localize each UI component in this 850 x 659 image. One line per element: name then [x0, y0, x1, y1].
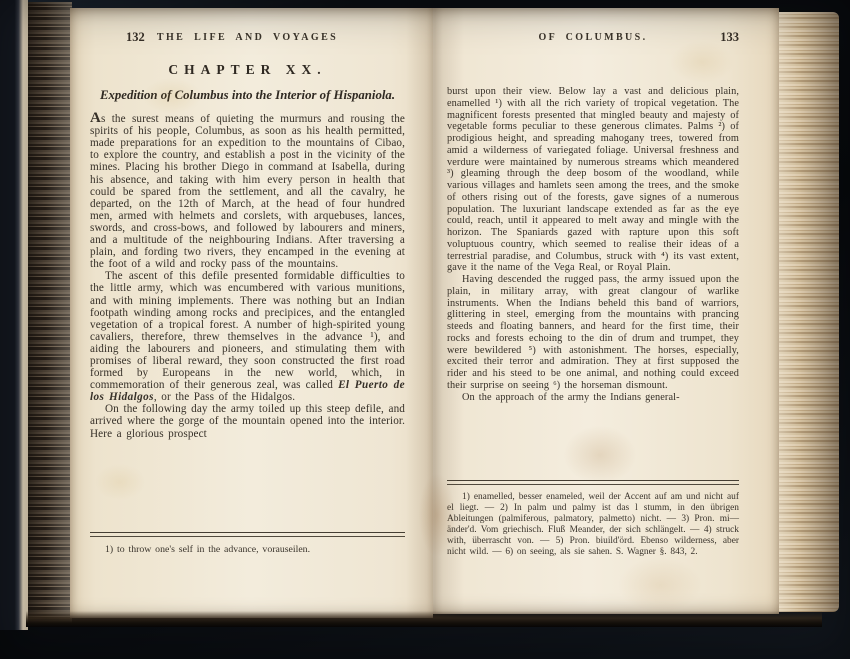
left-footnote-block: 1) to throw one's self in the advance, v… [90, 532, 405, 555]
left-paragraph-3: On the following day the army toiled up … [90, 403, 405, 439]
right-paragraph-3: On the approach of the army the Indians … [447, 392, 739, 404]
chapter-heading: CHAPTER XX. [90, 62, 405, 78]
chapter-subtitle: Expedition of Columbus into the Interior… [96, 88, 398, 103]
right-page: OF COLUMBUS. 133 burst upon their view. … [433, 8, 779, 614]
right-footnote-block: 1) enamelled, besser enameled, weil der … [447, 480, 739, 558]
footnote-rule [447, 480, 739, 485]
left-fore-edge [28, 2, 72, 624]
left-running-head-row: 132 THE LIFE AND VOYAGES [90, 32, 405, 48]
left-footnote: 1) to throw one's self in the advance, v… [90, 544, 405, 555]
left-running-head: THE LIFE AND VOYAGES [90, 32, 405, 43]
right-paragraph-2: Having descended the rugged pass, the ar… [447, 274, 739, 392]
right-page-content: burst upon their view. Below lay a vast … [447, 86, 739, 480]
left-page-content: CHAPTER XX. Expedition of Columbus into … [90, 52, 405, 530]
right-footnotes: 1) enamelled, besser enameled, weil der … [447, 492, 739, 558]
right-paragraph-1: burst upon their view. Below lay a vast … [447, 86, 739, 274]
left-page: 132 THE LIFE AND VOYAGES CHAPTER XX. Exp… [70, 8, 433, 618]
right-fore-edge [779, 12, 839, 612]
left-paragraph-2: The ascent of this defile presented form… [90, 270, 405, 403]
footnote-rule [90, 532, 405, 537]
right-page-number: 133 [720, 30, 739, 45]
right-running-head-row: OF COLUMBUS. 133 [447, 32, 739, 48]
left-paragraph-2-text: The ascent of this defile presented form… [90, 270, 405, 391]
right-running-head: OF COLUMBUS. [447, 32, 739, 43]
book-photo: 132 THE LIFE AND VOYAGES CHAPTER XX. Exp… [0, 0, 850, 659]
left-paragraph-1: As the surest means of quieting the murm… [90, 112, 405, 270]
left-cover-edge [0, 0, 28, 630]
left-paragraph-2-text-cont: , or the Pass of the Hidalgos. [154, 391, 295, 403]
